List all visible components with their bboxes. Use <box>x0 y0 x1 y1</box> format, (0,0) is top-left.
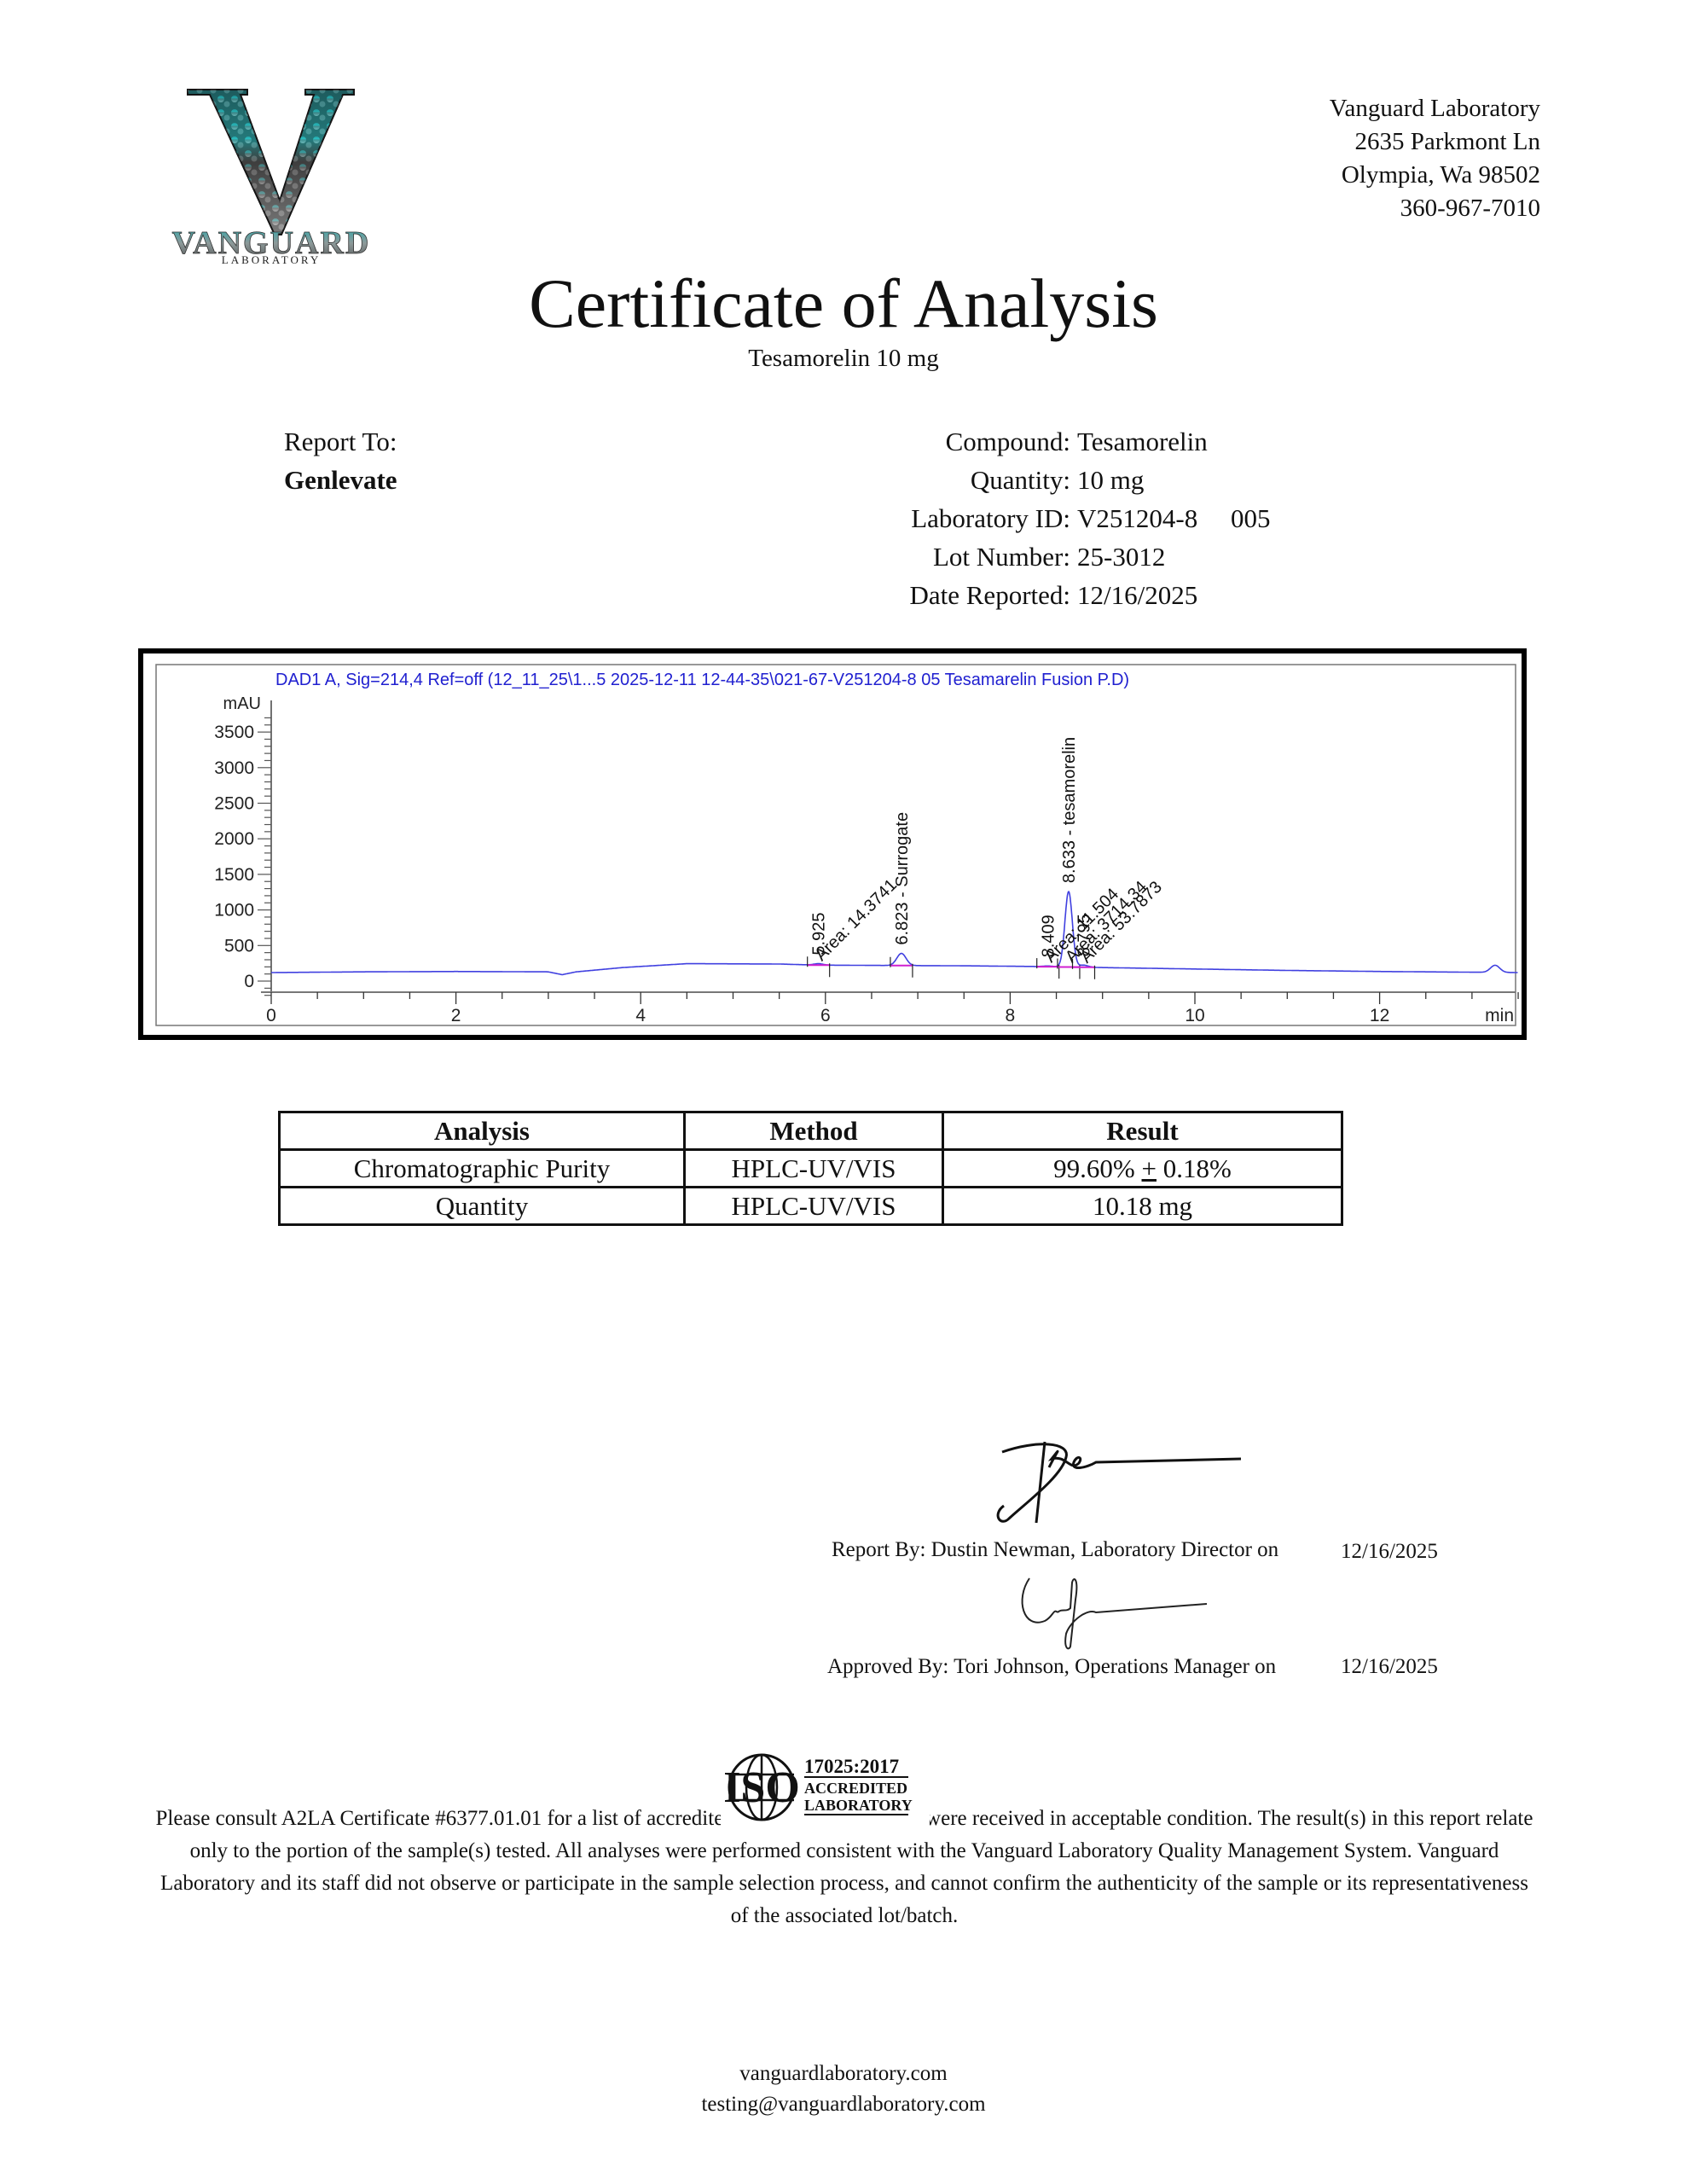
approved-by-text: Approved By: Tori Johnson, Operations Ma… <box>827 1655 1276 1679</box>
iso-text: ISO <box>723 1763 800 1812</box>
svg-text:3000: 3000 <box>214 758 254 778</box>
info-value: 25-3012 <box>1077 537 1165 576</box>
svg-text:1000: 1000 <box>214 901 254 921</box>
svg-text:min: min <box>1485 1006 1514 1025</box>
svg-text:12: 12 <box>1370 1006 1389 1025</box>
cell-method: HPLC-UV/VIS <box>685 1188 943 1225</box>
report-to-label: Report To: <box>284 422 397 461</box>
iso-accredited: ACCREDITED <box>804 1780 907 1797</box>
info-row-compound: Compound:Tesamorelin <box>819 422 1270 461</box>
svg-text:0: 0 <box>266 1006 276 1025</box>
iso-standard: 17025:2017 <box>804 1756 899 1777</box>
column-header-result: Result <box>943 1112 1342 1150</box>
svg-text:2: 2 <box>451 1006 461 1025</box>
column-header-method: Method <box>685 1112 943 1150</box>
info-label: Quantity: <box>819 461 1077 499</box>
report-by-text: Report By: Dustin Newman, Laboratory Dir… <box>832 1538 1278 1562</box>
chromatogram-plot: DAD1 A, Sig=214,4 Ref=off (12_11_25\1...… <box>143 653 1522 1035</box>
info-row-lot-number: Lot Number:25-3012 <box>819 537 1270 576</box>
svg-text:2500: 2500 <box>214 794 254 814</box>
result-uncertainty: 0.18% <box>1157 1153 1232 1183</box>
signature-tori-johnson <box>1019 1574 1207 1655</box>
report-to-block: Report To: Genlevate <box>284 422 397 499</box>
svg-text:8: 8 <box>1006 1006 1016 1025</box>
svg-text:500: 500 <box>224 936 254 955</box>
vanguard-logo: VANGUARD LABORATORY <box>162 81 384 264</box>
iso-laboratory: LABORATORY <box>804 1797 913 1814</box>
info-value: 12/16/2025 <box>1077 576 1197 614</box>
chromatogram: DAD1 A, Sig=214,4 Ref=off (12_11_25\1...… <box>138 648 1527 1040</box>
lab-address: Vanguard Laboratory 2635 Parkmont Ln Oly… <box>1330 92 1540 225</box>
svg-text:1500: 1500 <box>214 865 254 885</box>
signature-dustin-newman <box>985 1433 1267 1531</box>
info-label: Lot Number: <box>819 537 1077 576</box>
plus-minus-sign: + <box>1142 1153 1157 1183</box>
info-value: V251204-8 005 <box>1077 499 1270 537</box>
svg-text:6.823 - Surrogate: 6.823 - Surrogate <box>893 812 912 945</box>
result-value: 10.18 mg <box>1093 1191 1192 1221</box>
cell-result: 10.18 mg <box>943 1188 1342 1225</box>
svg-text:mAU: mAU <box>223 694 261 713</box>
cell-method: HPLC-UV/VIS <box>685 1150 943 1188</box>
table-row: Quantity HPLC-UV/VIS 10.18 mg <box>280 1188 1342 1225</box>
svg-text:DAD1 A, Sig=214,4 Ref=off (12_: DAD1 A, Sig=214,4 Ref=off (12_11_25\1...… <box>275 671 1129 689</box>
svg-text:0: 0 <box>244 972 254 991</box>
info-row-quantity: Quantity:10 mg <box>819 461 1270 499</box>
svg-text:6: 6 <box>820 1006 831 1025</box>
info-label: Laboratory ID: <box>819 499 1077 537</box>
svg-text:2000: 2000 <box>214 829 254 849</box>
sample-info: Compound:Tesamorelin Quantity:10 mg Labo… <box>819 422 1270 614</box>
results-header-row: Analysis Method Result <box>280 1112 1342 1150</box>
footer: vanguardlaboratory.com testing@vanguardl… <box>0 2059 1687 2120</box>
lab-street: 2635 Parkmont Ln <box>1330 125 1540 159</box>
column-header-analysis: Analysis <box>280 1112 685 1150</box>
info-value: Tesamorelin <box>1077 422 1208 461</box>
footer-email[interactable]: testing@vanguardlaboratory.com <box>0 2089 1687 2120</box>
cell-analysis: Chromatographic Purity <box>280 1150 685 1188</box>
info-row-laboratory-id: Laboratory ID:V251204-8 005 <box>819 499 1270 537</box>
footer-website[interactable]: vanguardlaboratory.com <box>0 2059 1687 2089</box>
client-name: Genlevate <box>284 461 397 499</box>
info-label: Date Reported: <box>819 576 1077 614</box>
table-row: Chromatographic Purity HPLC-UV/VIS 99.60… <box>280 1150 1342 1188</box>
document-title: Certificate of Analysis <box>0 263 1687 345</box>
svg-text:10: 10 <box>1185 1006 1204 1025</box>
result-value: 99.60% <box>1053 1153 1141 1183</box>
info-row-date-reported: Date Reported:12/16/2025 <box>819 576 1270 614</box>
svg-text:3500: 3500 <box>214 723 254 742</box>
svg-text:4: 4 <box>635 1006 646 1025</box>
results-table: Analysis Method Result Chromatographic P… <box>278 1111 1343 1226</box>
cell-result: 99.60% + 0.18% <box>943 1150 1342 1188</box>
info-value: 10 mg <box>1077 461 1144 499</box>
lab-name: Vanguard Laboratory <box>1330 92 1540 125</box>
info-label: Compound: <box>819 422 1077 461</box>
lab-city: Olympia, Wa 98502 <box>1330 159 1540 192</box>
report-by-date: 12/16/2025 <box>1341 1540 1438 1564</box>
svg-text:8.633 - tesamorelin: 8.633 - tesamorelin <box>1060 737 1079 883</box>
iso-accreditation-badge: ISO 17025:2017 ACCREDITED LABORATORY <box>721 1749 930 1826</box>
document-subtitle: Tesamorelin 10 mg <box>0 345 1687 373</box>
lab-phone: 360-967-7010 <box>1330 192 1540 225</box>
approved-by-date: 12/16/2025 <box>1341 1655 1438 1679</box>
cell-analysis: Quantity <box>280 1188 685 1225</box>
